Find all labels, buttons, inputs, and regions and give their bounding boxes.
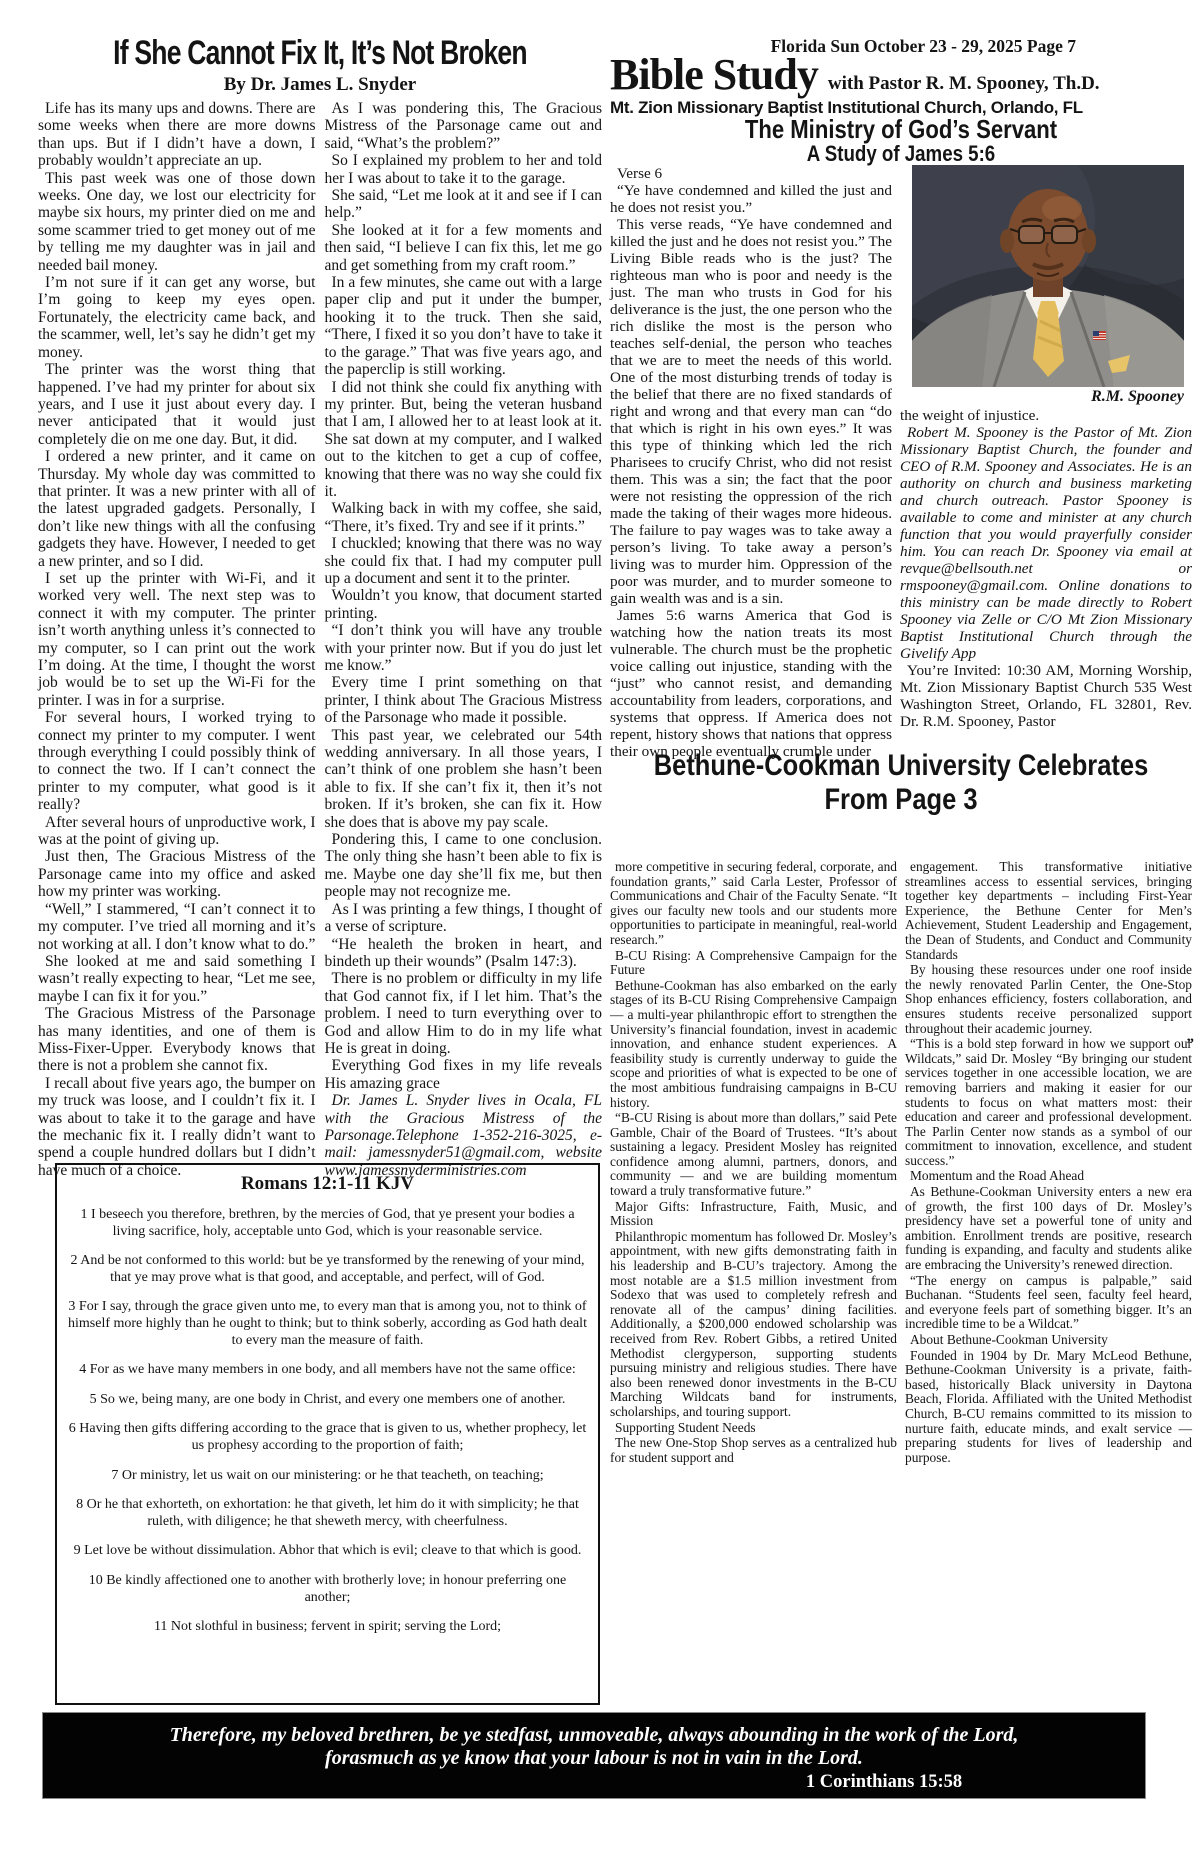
article-paragraph: For several hours, I worked trying to co… (38, 709, 316, 813)
banner-citation: 1 Corinthians 15:58 (43, 1770, 1145, 1794)
article-paragraph: The printer was the worst thing that hap… (38, 361, 316, 448)
verse-paragraph: 8 Or he that exhorteth, on exhortation: … (67, 1497, 588, 1530)
article-paragraph: There is no problem or difficulty in my … (325, 970, 603, 1057)
bible-column-1: Verse 6“Ye have condemned and killed the… (610, 165, 892, 760)
verse-paragraph: 5 So we, being many, are one body in Chr… (67, 1392, 588, 1409)
article-paragraph: Everything God fixes in my life reveals … (325, 1057, 603, 1092)
article-paragraph: “Well,” I stammered, “I can’t connect it… (38, 901, 316, 953)
banner-quote-line-1: Therefore, my beloved brethren, be ye st… (43, 1713, 1145, 1747)
bible-column-2: R.M. Spooney the weight of injustice. Ro… (900, 165, 1192, 760)
snyder-article: If She Cannot Fix It, It’s Not Broken By… (38, 34, 602, 1179)
bible-study-title: Bible Study (610, 52, 818, 98)
article-paragraph: I did not think she could fix anything w… (325, 379, 603, 501)
verse-paragraph: 10 Be kindly affectioned one to another … (67, 1573, 588, 1606)
article-paragraph: Wouldn’t you know, that document started… (325, 587, 603, 622)
article-paragraph: This past week was one of those down wee… (38, 170, 316, 274)
verse-paragraph: 4 For as we have many members in one bod… (67, 1362, 588, 1379)
article-paragraph: In a few minutes, she came out with a la… (325, 274, 603, 378)
bible-paragraph: This verse reads, “Ye have condemned and… (610, 216, 892, 607)
bcu-paragraph: As Bethune-Cookman University enters a n… (905, 1185, 1192, 1273)
study-heading: A Study of James 5:6 (652, 142, 1150, 165)
right-region: Florida Sun October 23 - 29, 2025 Page 7… (608, 0, 1194, 1740)
bcu-headline: Bethune-Cookman University Celebrates (652, 750, 1150, 782)
article-paragraph: “He healeth the broken in heart, and bin… (325, 936, 603, 971)
pastor-bio: Robert M. Spooney is the Pastor of Mt. Z… (900, 424, 1192, 662)
bcu-column-1: more competitive in securing federal, co… (610, 860, 897, 1466)
snyder-headline: If She Cannot Fix It, It’s Not Broken (100, 34, 540, 72)
article-paragraph: So I explained my problem to her and tol… (325, 152, 603, 187)
article-paragraph: “I don’t think you will have any trouble… (325, 622, 603, 674)
article-paragraph: She looked at me and said something I wa… (38, 953, 316, 1005)
verse-paragraph: 6 Having then gifts differing according … (67, 1421, 588, 1454)
bcu-paragraph: more competitive in securing federal, co… (610, 860, 897, 948)
article-paragraph: I’m not sure if it can get any worse, bu… (38, 274, 316, 361)
newspaper-page: If She Cannot Fix It, It’s Not Broken By… (0, 0, 1200, 1855)
bcu-paragraph: engagement. This transformative initiati… (905, 860, 1192, 962)
stray-quote-mark: ” (1187, 1036, 1195, 1053)
romans-title: Romans 12:1-11 KJV (67, 1173, 588, 1195)
verse-paragraph: 2 And be not conformed to this world: bu… (67, 1253, 588, 1286)
pastor-photo (912, 165, 1184, 387)
snyder-column-2-paragraphs: As I was pondering this, The Gracious Mi… (325, 100, 603, 1092)
bcu-paragraph: Bethune-Cookman has also embarked on the… (610, 979, 897, 1110)
bcu-paragraph: Supporting Student Needs (610, 1421, 897, 1436)
verse-paragraph: 3 For I say, through the grace given unt… (67, 1299, 588, 1349)
scripture-banner: Therefore, my beloved brethren, be ye st… (42, 1712, 1146, 1799)
bcu-paragraph: The new One-Stop Shop serves as a centra… (610, 1436, 897, 1465)
bcu-paragraph: Major Gifts: Infrastructure, Faith, Musi… (610, 1200, 897, 1229)
bible-study-header: Bible Study with Pastor R. M. Spooney, T… (610, 52, 1100, 98)
article-paragraph: I chuckled; knowing that there was no wa… (325, 535, 603, 587)
bcu-paragraph: About Bethune-Cookman University (905, 1333, 1192, 1348)
article-paragraph: Just then, The Gracious Mistress of the … (38, 848, 316, 900)
article-paragraph: This past year, we celebrated our 54th w… (325, 727, 603, 831)
article-paragraph: Walking back in with my coffee, she said… (325, 500, 603, 535)
snyder-column-1: Life has its many ups and downs. There a… (38, 100, 316, 1179)
article-paragraph: After several hours of unproductive work… (38, 814, 316, 849)
bible-paragraph: “Ye have condemned and killed the just a… (610, 182, 892, 216)
bible-paragraph: Verse 6 (610, 165, 892, 182)
romans-box: Romans 12:1-11 KJV 1 I beseech you there… (55, 1163, 600, 1705)
bcu-paragraph: Philanthropic momentum has followed Dr. … (610, 1230, 897, 1420)
article-paragraph: I set up the printer with Wi-Fi, and it … (38, 570, 316, 709)
snyder-byline: By Dr. James L. Snyder (38, 73, 602, 96)
bcu-paragraph: B-CU Rising: A Comprehensive Campaign fo… (610, 949, 897, 978)
article-paragraph: As I was printing a few things, I though… (325, 901, 603, 936)
bcu-paragraph: “B-CU Rising is about more than dollars,… (610, 1111, 897, 1199)
bcu-paragraph: Momentum and the Road Ahead (905, 1169, 1192, 1184)
bcu-subheadline: From Page 3 (652, 784, 1150, 816)
article-paragraph: I ordered a new printer, and it came on … (38, 448, 316, 570)
verse-paragraph: 1 I beseech you therefore, brethren, by … (67, 1207, 588, 1240)
bible-study-columns: Verse 6“Ye have condemned and killed the… (610, 165, 1192, 760)
bible-study-subtitle: with Pastor R. M. Spooney, Th.D. (828, 73, 1100, 95)
article-paragraph: The Gracious Mistress of the Parsonage h… (38, 1005, 316, 1075)
bible-paragraph: James 5:6 warns America that God is watc… (610, 607, 892, 760)
snyder-column-2: As I was pondering this, The Gracious Mi… (325, 100, 603, 1179)
banner-quote-line-2: forasmuch as ye know that your labour is… (43, 1747, 1145, 1770)
bcu-column-2: engagement. This transformative initiati… (905, 860, 1192, 1466)
carryover-line: the weight of injustice. (900, 407, 1192, 424)
romans-verses: 1 I beseech you therefore, brethren, by … (67, 1207, 588, 1636)
bcu-paragraph: “This is a bold step forward in how we s… (905, 1037, 1192, 1168)
verse-paragraph: 11 Not slothful in business; fervent in … (67, 1619, 588, 1636)
bcu-paragraph: “The energy on campus is palpable,” said… (905, 1274, 1192, 1332)
bcu-paragraph: By housing these resources under one roo… (905, 963, 1192, 1036)
snyder-columns: Life has its many ups and downs. There a… (38, 100, 602, 1179)
article-paragraph: She said, “Let me look at it and see if … (325, 187, 603, 222)
verse-paragraph: 9 Let love be without dissimulation. Abh… (67, 1543, 588, 1560)
bcu-columns: more competitive in securing federal, co… (610, 860, 1192, 1466)
flag-pin-icon (1093, 331, 1106, 340)
bcu-paragraph: Founded in 1904 by Dr. Mary McLeod Bethu… (905, 1349, 1192, 1466)
article-paragraph: She looked at it for a few moments and t… (325, 222, 603, 274)
ministry-heading: The Ministry of God’s Servant (652, 116, 1150, 143)
article-paragraph: As I was pondering this, The Gracious Mi… (325, 100, 603, 152)
article-paragraph: Life has its many ups and downs. There a… (38, 100, 316, 170)
invite-paragraph: You’re Invited: 10:30 AM, Morning Worshi… (900, 662, 1192, 730)
article-paragraph: Every time I print something on that pri… (325, 674, 603, 726)
photo-caption: R.M. Spooney (900, 388, 1184, 405)
article-paragraph: Pondering this, I came to one conclusion… (325, 831, 603, 901)
verse-paragraph: 7 Or ministry, let us wait on our minist… (67, 1468, 588, 1485)
